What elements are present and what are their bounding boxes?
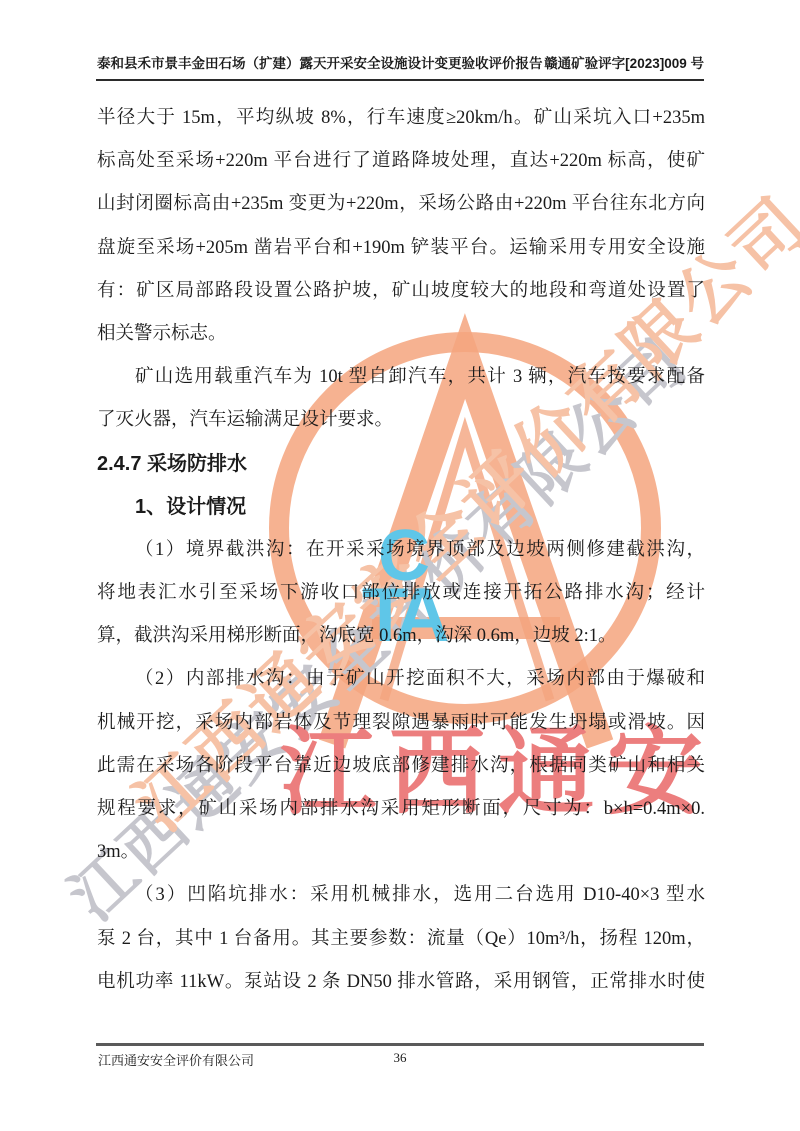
heading3-line: 1、设计情况 <box>97 486 705 529</box>
document-page: 江西通安安全评价有限公司 江西通安安全评价有限公司 C TA 江西通安 泰和县禾… <box>0 0 800 1131</box>
text-line: 规程要求，矿山采场内部排水沟采用矩形断面，尺寸为：b×h=0.4m×0. <box>97 788 705 831</box>
text-line: 3m。 <box>97 831 705 874</box>
heading2-line: 2.4.7 采场防排水 <box>97 443 705 486</box>
header-rule <box>96 79 704 81</box>
text-line: 有：矿区局部路段设置公路护坡，矿山坡度较大的地段和弯道处设置了 <box>97 270 705 313</box>
text-line: 盘旋至采场+205m 凿岩平台和+190m 铲装平台。运输采用专用安全设施 <box>97 227 705 270</box>
document-body: 半径大于 15m，平均纵坡 8%，行车速度≥20km/h。矿山采坑入口+235m… <box>97 97 705 1004</box>
text-line: 泵 2 台，其中 1 台备用。其主要参数：流量（Qe）10m³/h，扬程 120… <box>97 918 705 961</box>
text-line: 矿山选用载重汽车为 10t 型自卸汽车，共计 3 辆，汽车按要求配备 <box>97 356 705 399</box>
text-line: 将地表汇水引至采场下游收口部位排放或连接开拓公路排水沟；经计 <box>97 572 705 615</box>
footer-rule <box>96 1043 704 1046</box>
footer-page-number: 36 <box>96 1050 704 1066</box>
text-line: 相关警示标志。 <box>97 313 705 356</box>
text-line: 算，截洪沟采用梯形断面，沟底宽 0.6m，沟深 0.6m，边坡 2:1。 <box>97 615 705 658</box>
text-line: 半径大于 15m，平均纵坡 8%，行车速度≥20km/h。矿山采坑入口+235m <box>97 97 705 140</box>
text-line: 机械开挖，采场内部岩体及节理裂隙遇暴雨时可能发生坍塌或滑坡。因 <box>97 702 705 745</box>
text-line: 此需在采场各阶段平台靠近边坡底部修建排水沟，根据同类矿山和相关 <box>97 745 705 788</box>
text-line: （1）境界截洪沟：在开采采场境界顶部及边坡两侧修建截洪沟， <box>97 529 705 572</box>
page-header: 泰和县禾市景丰金田石场（扩建）露天开采安全设施设计变更验收评价报告 赣通矿验评字… <box>97 52 704 72</box>
text-line: （3）凹陷坑排水：采用机械排水，选用二台选用 D10-40×3 型水 <box>97 874 705 917</box>
text-line: 山封闭圈标高由+235m 变更为+220m，采场公路由+220m 平台往东北方向 <box>97 183 705 226</box>
header-document-number: 赣通矿验评字[2023]009 号 <box>544 52 704 72</box>
text-line: 标高处至采场+220m 平台进行了道路降坡处理，直达+220m 标高，使矿 <box>97 140 705 183</box>
header-report-title: 泰和县禾市景丰金田石场（扩建）露天开采安全设施设计变更验收评价报告 <box>97 52 543 72</box>
page-content: 泰和县禾市景丰金田石场（扩建）露天开采安全设施设计变更验收评价报告 赣通矿验评字… <box>0 0 800 1131</box>
text-line: 电机功率 11kW。泵站设 2 条 DN50 排水管路，采用钢管，正常排水时使 <box>97 961 705 1004</box>
text-line: （2）内部排水沟：由于矿山开挖面积不大，采场内部由于爆破和 <box>97 658 705 701</box>
text-line: 了灭火器，汽车运输满足设计要求。 <box>97 399 705 442</box>
